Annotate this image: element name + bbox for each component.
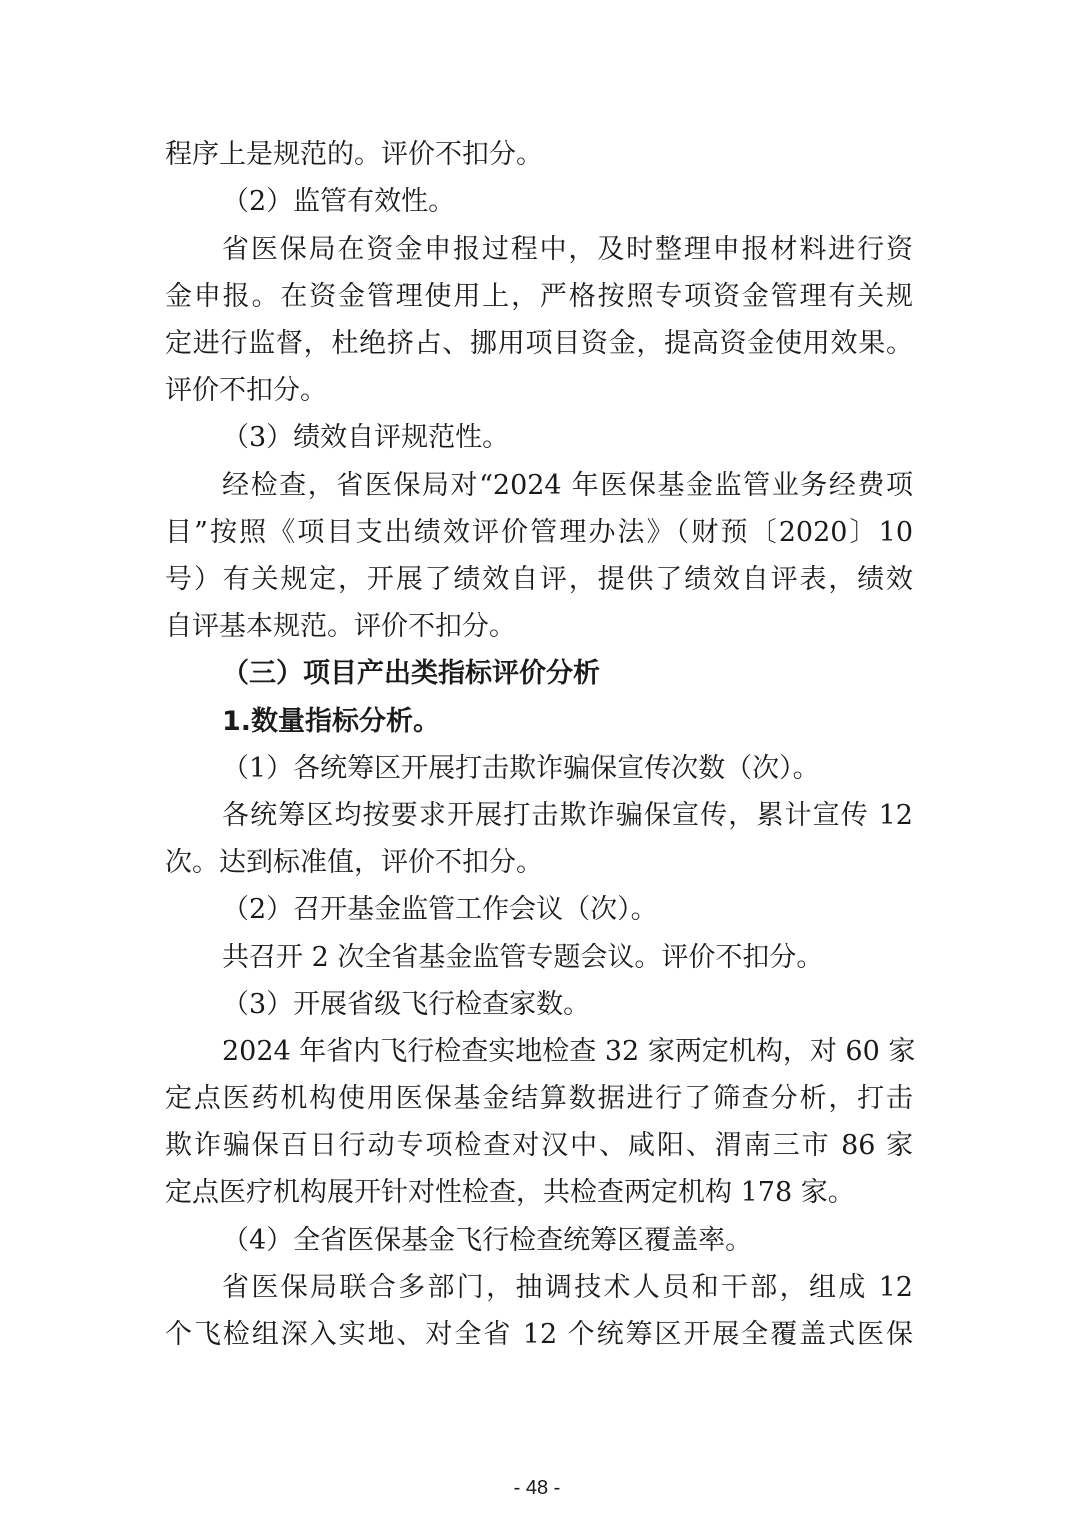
paragraph-line: 各统筹区均按要求开展打击欺诈骗保宣传，累计宣传 12 — [222, 796, 913, 836]
paragraph-line: 金申报。在资金管理使用上，严格按照专项资金管理有关规 — [165, 277, 913, 317]
section-heading: （三）项目产出类指标评价分析 — [222, 654, 913, 694]
paragraph-line: 欺诈骗保百日行动专项检查对汉中、咸阳、渭南三市 86 家 — [165, 1126, 913, 1166]
paragraph-line: （3）绩效自评规范性。 — [222, 418, 913, 458]
paragraph-line: 定进行监督，杜绝挤占、挪用项目资金，提高资金使用效果。 — [165, 324, 913, 364]
paragraph-line: 2024 年省内飞行检查实地检查 32 家两定机构，对 60 家 — [222, 1032, 913, 1072]
paragraph-line: 次。达到标准值，评价不扣分。 — [165, 843, 913, 883]
paragraph-line: 号）有关规定，开展了绩效自评，提供了绩效自评表，绩效 — [165, 560, 913, 600]
paragraph-line: （1）各统筹区开展打击欺诈骗保宣传次数（次）。 — [222, 749, 913, 789]
paragraph-line: 个飞检组深入实地、对全省 12 个统筹区开展全覆盖式医保 — [165, 1315, 913, 1355]
paragraph-line: 目”按照《项目支出绩效评价管理办法》（财预〔2020〕10 — [165, 513, 913, 553]
document-page: 程序上是规范的。评价不扣分。（2）监管有效性。省医保局在资金申报过程中，及时整理… — [0, 0, 1074, 1520]
paragraph-line: （2）召开基金监管工作会议（次）。 — [222, 890, 913, 930]
page-number: - 48 - — [0, 1477, 1074, 1500]
paragraph-line: 经检查，省医保局对“2024 年医保基金监管业务经费项 — [222, 466, 913, 506]
section-heading: 1.数量指标分析。 — [222, 702, 913, 742]
paragraph-line: 省医保局联合多部门，抽调技术人员和干部，组成 12 — [222, 1268, 913, 1308]
paragraph-line: （4）全省医保基金飞行检查统筹区覆盖率。 — [222, 1221, 913, 1261]
paragraph-line: 省医保局在资金申报过程中，及时整理申报材料进行资 — [222, 230, 913, 270]
paragraph-line: 自评基本规范。评价不扣分。 — [165, 607, 913, 647]
paragraph-line: （2）监管有效性。 — [222, 182, 913, 222]
paragraph-line: 定点医药机构使用医保基金结算数据进行了筛查分析，打击 — [165, 1079, 913, 1119]
paragraph-line: 程序上是规范的。评价不扣分。 — [165, 135, 913, 175]
paragraph-line: 评价不扣分。 — [165, 371, 913, 411]
paragraph-line: （3）开展省级飞行检查家数。 — [222, 985, 913, 1025]
paragraph-line: 共召开 2 次全省基金监管专题会议。评价不扣分。 — [222, 938, 913, 978]
paragraph-line: 定点医疗机构展开针对性检查，共检查两定机构 178 家。 — [165, 1173, 913, 1213]
